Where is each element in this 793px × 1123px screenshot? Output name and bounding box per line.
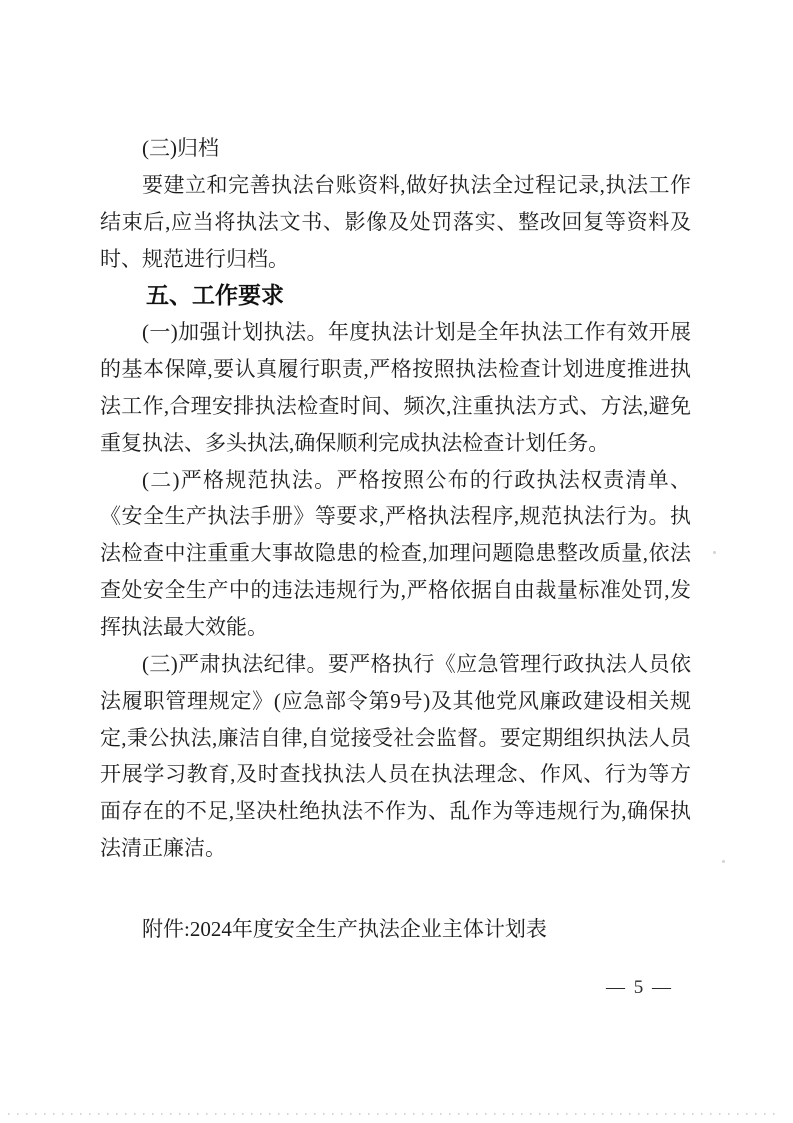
paragraph-strengthen-planned-enforcement: (一)加强计划执法。年度执法计划是全年执法工作有效开展的基本保障,要认真履行职责… [100, 314, 691, 461]
scan-edge-noise [8, 1113, 780, 1115]
scan-speck [722, 860, 725, 863]
section-heading-work-requirements: 五、工作要求 [100, 277, 691, 314]
page-number: — 5 — [606, 977, 686, 999]
attachment-note: 附件:2024年度安全生产执法企业主体计划表 [100, 911, 691, 948]
paragraph-strict-standard-enforcement: (二)严格规范执法。严格按照公布的行政执法权责清单、《安全生产执法手册》等要求,… [100, 462, 691, 646]
document-page: (三)归档 要建立和完善执法台账资料,做好执法全过程记录,执法工作结束后,应当将… [0, 0, 793, 1123]
paragraph-archive-requirements: 要建立和完善执法台账资料,做好执法全过程记录,执法工作结束后,应当将执法文书、影… [100, 167, 691, 278]
scan-speck [713, 551, 716, 554]
subsection-heading-archive: (三)归档 [100, 130, 691, 167]
document-body: (三)归档 要建立和完善执法台账资料,做好执法全过程记录,执法工作结束后,应当将… [100, 130, 691, 948]
paragraph-enforcement-discipline: (三)严肃执法纪律。要严格执行《应急管理行政执法人员依法履职管理规定》(应急部令… [100, 646, 691, 867]
